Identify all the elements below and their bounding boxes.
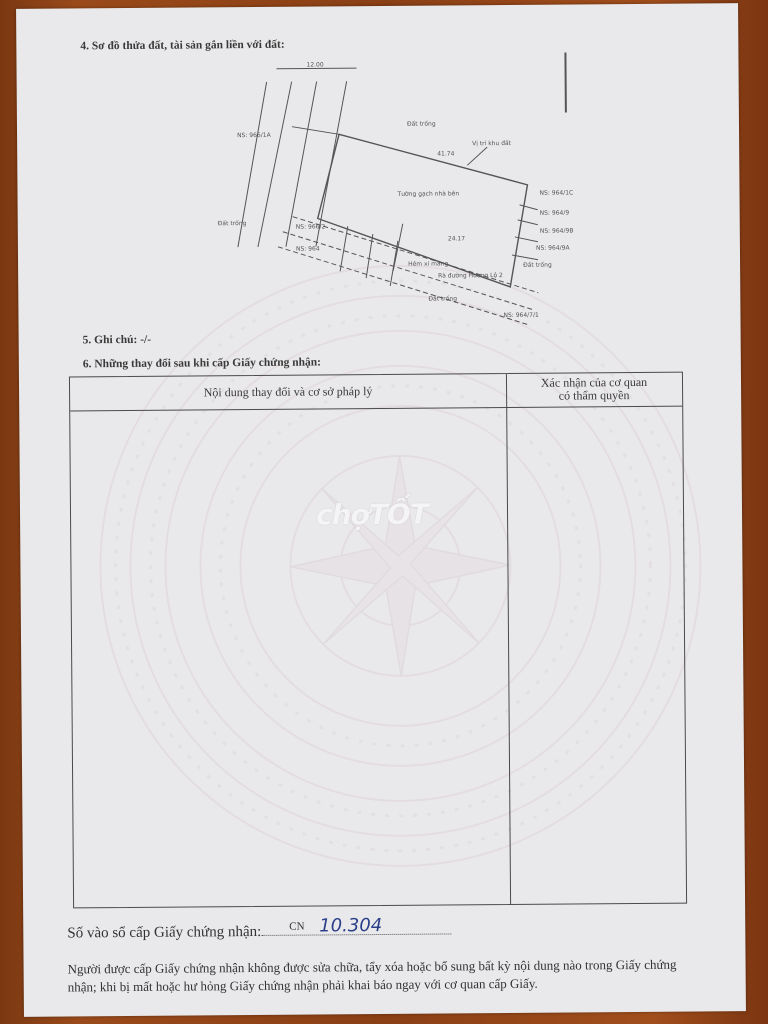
table-header-content: Nội dung thay đổi và cơ sở pháp lý xyxy=(70,383,506,401)
section-6-title: 6. Những thay đổi sau khi cấp Giấy chứng… xyxy=(83,356,321,370)
certificate-page: 4. Sơ đồ thửa đất, tài sản gắn liền với … xyxy=(16,3,746,1017)
svg-text:NS: 964/9: NS: 964/9 xyxy=(540,210,570,217)
svg-text:NS: 964/9B: NS: 964/9B xyxy=(540,227,574,234)
section-4-title: 4. Sơ đồ thửa đất, tài sản gắn liền với … xyxy=(80,39,284,53)
registration-prefix: CN xyxy=(289,921,304,933)
header-line-2: có thẩm quyền xyxy=(506,389,682,403)
svg-text:NS: 964: NS: 964 xyxy=(296,245,320,252)
svg-text:Hẻm xi măng: Hẻm xi măng xyxy=(408,260,448,267)
registration-line: Số vào sổ cấp Giấy chứng nhận:CN10.304 xyxy=(67,919,451,942)
svg-text:24.17: 24.17 xyxy=(448,235,465,242)
legal-notice: Người được cấp Giấy chứng nhận không đượ… xyxy=(68,955,708,996)
svg-text:12.00: 12.00 xyxy=(306,61,323,68)
svg-text:NS: 966/2: NS: 966/2 xyxy=(296,223,326,230)
table-header-confirmation: Xác nhận của cơ quan có thẩm quyền xyxy=(506,376,682,403)
chotot-watermark-logo: chợTỐT xyxy=(316,498,428,532)
svg-text:NS: 964/1C: NS: 964/1C xyxy=(539,189,573,196)
svg-text:Đất trống: Đất trống xyxy=(428,295,457,302)
registration-number: 10.304 xyxy=(319,915,382,936)
registration-field: CN10.304 xyxy=(261,919,451,935)
svg-text:Vị trí khu đất: Vị trí khu đất xyxy=(472,140,512,147)
section-5-title: 5. Ghi chú: -/- xyxy=(83,334,151,347)
registration-label: Số vào sổ cấp Giấy chứng nhận: xyxy=(67,924,261,942)
svg-text:NS: 964/7/1: NS: 964/7/1 xyxy=(503,312,539,319)
svg-text:Đất trống: Đất trống xyxy=(523,262,552,269)
changes-table: Nội dung thay đổi và cơ sở pháp lý Xác n… xyxy=(69,372,687,909)
svg-text:Tường gạch nhà bên: Tường gạch nhà bên xyxy=(396,190,459,197)
parcel-diagram: 12.00 Đất trống NS: 966/1A Vị trí khu đấ… xyxy=(196,54,578,337)
table-column-divider xyxy=(506,374,511,904)
svg-text:Đất trống: Đất trống xyxy=(218,220,247,227)
svg-text:Rà đường Hương Lộ 2: Rà đường Hương Lộ 2 xyxy=(438,272,503,280)
svg-text:Đất trống: Đất trống xyxy=(407,121,436,128)
svg-text:NS: 966/1A: NS: 966/1A xyxy=(237,132,272,139)
svg-text:41.74: 41.74 xyxy=(437,150,454,157)
svg-text:NS: 964/9A: NS: 964/9A xyxy=(536,245,571,252)
table-header-divider xyxy=(70,406,682,412)
